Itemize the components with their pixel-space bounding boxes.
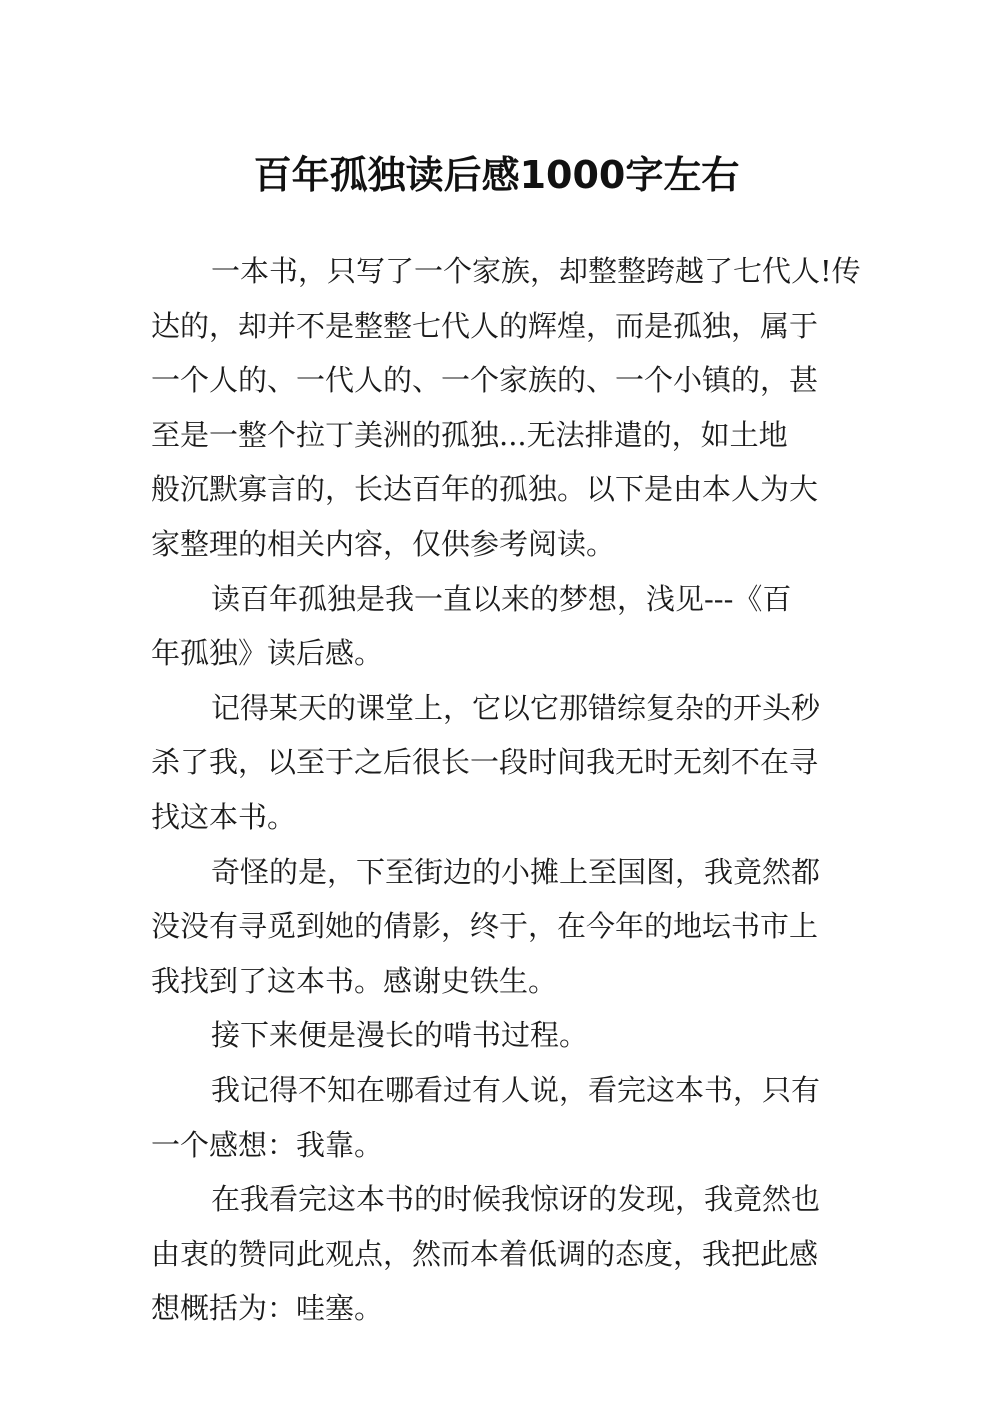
paragraph: 接下来便是漫长的啃书过程。 (151, 1008, 911, 1063)
text-line: 在我看完这本书的时候我惊讶的发现，我竟然也 (151, 1172, 911, 1227)
text-line: 般沉默寡言的，长达百年的孤独。以下是由本人为大 (151, 462, 911, 517)
text-line: 达的，却并不是整整七代人的辉煌，而是孤独，属于 (151, 299, 911, 354)
text-line: 接下来便是漫长的啃书过程。 (151, 1008, 911, 1063)
paragraph: 读百年孤独是我一直以来的梦想，浅见---《百 年孤独》读后感。 (151, 572, 911, 681)
paragraph: 我记得不知在哪看过有人说，看完这本书，只有 一个感想：我靠。 (151, 1063, 911, 1172)
paragraph: 一本书，只写了一个家族，却整整跨越了七代人!传 达的，却并不是整整七代人的辉煌，… (151, 244, 911, 572)
text-line: 杀了我，以至于之后很长一段时间我无时无刻不在寻 (151, 735, 911, 790)
text-line: 没没有寻觅到她的倩影，终于，在今年的地坛书市上 (151, 899, 911, 954)
text-line: 找这本书。 (151, 790, 911, 845)
text-line: 年孤独》读后感。 (151, 626, 911, 681)
text-line: 由衷的赞同此观点，然而本着低调的态度，我把此感 (151, 1227, 911, 1282)
paragraph: 记得某天的课堂上，它以它那错综复杂的开头秒 杀了我，以至于之后很长一段时间我无时… (151, 681, 911, 845)
text-line: 家整理的相关内容，仅供参考阅读。 (151, 517, 911, 572)
document-title: 百年孤独读后感1000字左右 (0, 147, 993, 203)
text-line: 想概括为：哇塞。 (151, 1281, 911, 1336)
text-line: 一本书，只写了一个家族，却整整跨越了七代人!传 (151, 244, 911, 299)
text-line: 我找到了这本书。感谢史铁生。 (151, 954, 911, 1009)
text-line: 至是一整个拉丁美洲的孤独...无法排遣的，如土地 (151, 408, 911, 463)
document-body: 一本书，只写了一个家族，却整整跨越了七代人!传 达的，却并不是整整七代人的辉煌，… (151, 244, 911, 1336)
text-line: 记得某天的课堂上，它以它那错综复杂的开头秒 (151, 681, 911, 736)
text-line: 一个人的、一代人的、一个家族的、一个小镇的，甚 (151, 353, 911, 408)
text-line: 奇怪的是，下至街边的小摊上至国图，我竟然都 (151, 845, 911, 900)
paragraph: 奇怪的是，下至街边的小摊上至国图，我竟然都 没没有寻觅到她的倩影，终于，在今年的… (151, 845, 911, 1009)
text-line: 读百年孤独是我一直以来的梦想，浅见---《百 (151, 572, 911, 627)
text-line: 我记得不知在哪看过有人说，看完这本书，只有 (151, 1063, 911, 1118)
text-line: 一个感想：我靠。 (151, 1118, 911, 1173)
paragraph: 在我看完这本书的时候我惊讶的发现，我竟然也 由衷的赞同此观点，然而本着低调的态度… (151, 1172, 911, 1336)
